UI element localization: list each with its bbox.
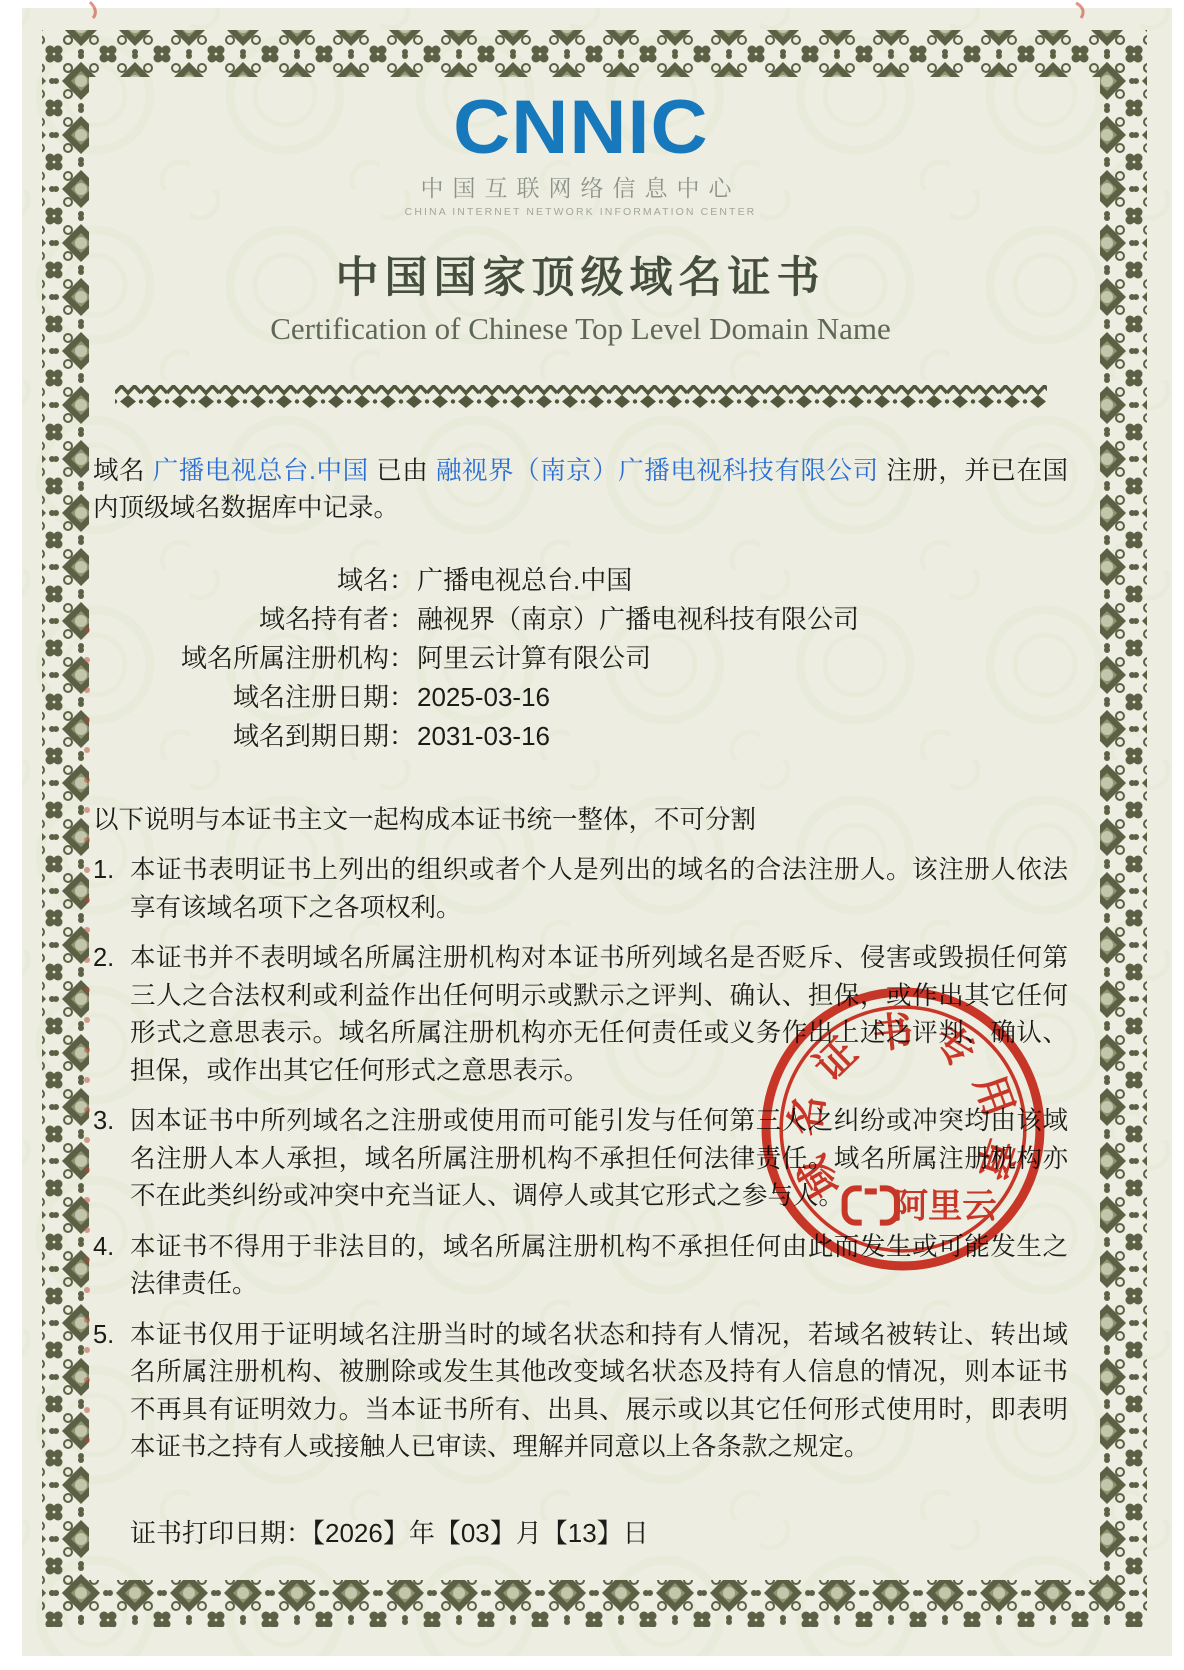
seal-arc-char: 域 bbox=[789, 1148, 848, 1206]
certificate-content: CNNIC 中国互联网络信息中心 CHINA INTERNET NETWORK … bbox=[93, 0, 1068, 1550]
cnnic-english-name: CHINA INTERNET NETWORK INFORMATION CENTE… bbox=[93, 206, 1068, 218]
field-label: 域名： bbox=[93, 561, 415, 600]
field-label: 域名注册日期： bbox=[93, 678, 415, 717]
aliyun-logo: 阿里云 bbox=[845, 1188, 997, 1226]
holder-name-text: 融视界（南京）广播电视科技有限公司 bbox=[436, 457, 879, 485]
field-label: 域名持有者： bbox=[93, 600, 415, 639]
registrar-seal: 域 名 证 书 专 用 章 阿里云 bbox=[757, 983, 1049, 1275]
field-label: 域名所属注册机构： bbox=[93, 639, 415, 678]
cnnic-wordmark: CNNIC bbox=[453, 90, 708, 166]
field-value: 2031-03-16 bbox=[415, 717, 1068, 756]
term-number: 1. bbox=[93, 852, 130, 927]
seal-arc-char: 书 bbox=[870, 1008, 915, 1057]
field-row-registrar: 域名所属注册机构： 阿里云计算有限公司 bbox=[93, 639, 1068, 678]
field-row-holder: 域名持有者： 融视界（南京）广播电视科技有限公司 bbox=[93, 600, 1068, 639]
certificate-title: 中国国家顶级域名证书 bbox=[93, 244, 1068, 305]
field-label: 域名到期日期： bbox=[93, 717, 415, 756]
term-number: 2. bbox=[93, 940, 130, 1090]
field-value: 2025-03-16 bbox=[415, 678, 1068, 717]
intro-prefix: 域名 bbox=[93, 457, 153, 485]
seal-arc-char: 专 bbox=[925, 1017, 983, 1076]
cnnic-chinese-name: 中国互联网络信息中心 bbox=[93, 170, 1068, 203]
field-row-domain: 域名： 广播电视总台.中国 bbox=[93, 561, 1068, 600]
seal-arc-char: 证 bbox=[806, 1029, 866, 1089]
term-text: 本证书仅用于证明域名注册当时的域名状态和持有人情况，若域名被转让、转出域名所属注… bbox=[130, 1317, 1068, 1467]
domain-fields: 域名： 广播电视总台.中国 域名持有者： 融视界（南京）广播电视科技有限公司 域… bbox=[93, 561, 1068, 756]
term-number: 5. bbox=[93, 1317, 130, 1467]
terms-intro: 以下说明与本证书主文一起构成本证书统一整体，不可分割 bbox=[93, 802, 1068, 839]
intro-middle: 已由 bbox=[369, 457, 436, 485]
term-text: 本证书表明证书上列出的组织或者个人是列出的域名的合法注册人。该注册人依法享有该域… bbox=[130, 852, 1068, 927]
field-row-reg-date: 域名注册日期： 2025-03-16 bbox=[93, 678, 1068, 717]
field-value: 阿里云计算有限公司 bbox=[415, 639, 1068, 678]
aliyun-brackets-icon bbox=[845, 1188, 897, 1222]
certificate-page: CNNIC 中国互联网络信息中心 CHINA INTERNET NETWORK … bbox=[0, 0, 1184, 1670]
intro-paragraph: 域名 广播电视总台.中国 已由 融视界（南京）广播电视科技有限公司 注册，并已在… bbox=[93, 453, 1068, 527]
certificate-subtitle: Certification of Chinese Top Level Domai… bbox=[93, 311, 1068, 347]
field-value: 融视界（南京）广播电视科技有限公司 bbox=[415, 600, 1068, 639]
aliyun-logo-text: 阿里云 bbox=[894, 1188, 997, 1226]
term-item-5: 5. 本证书仅用于证明域名注册当时的域名状态和持有人情况，若域名被转让、转出域名… bbox=[93, 1317, 1068, 1467]
field-value: 广播电视总台.中国 bbox=[415, 561, 1068, 600]
cnnic-logo: CNNIC 中国互联网络信息中心 CHINA INTERNET NETWORK … bbox=[93, 90, 1068, 218]
term-number: 4. bbox=[93, 1229, 130, 1304]
term-item-1: 1. 本证书表明证书上列出的组织或者个人是列出的域名的合法注册人。该注册人依法享… bbox=[93, 852, 1068, 927]
ornamental-divider bbox=[115, 385, 1047, 409]
domain-name-text: 广播电视总台.中国 bbox=[153, 457, 369, 485]
field-row-exp-date: 域名到期日期： 2031-03-16 bbox=[93, 717, 1068, 756]
print-date: 证书打印日期：【2026】年【03】月【13】日 bbox=[93, 1513, 1068, 1550]
term-number: 3. bbox=[93, 1103, 130, 1216]
seal-arc-char: 名 bbox=[782, 1092, 832, 1138]
